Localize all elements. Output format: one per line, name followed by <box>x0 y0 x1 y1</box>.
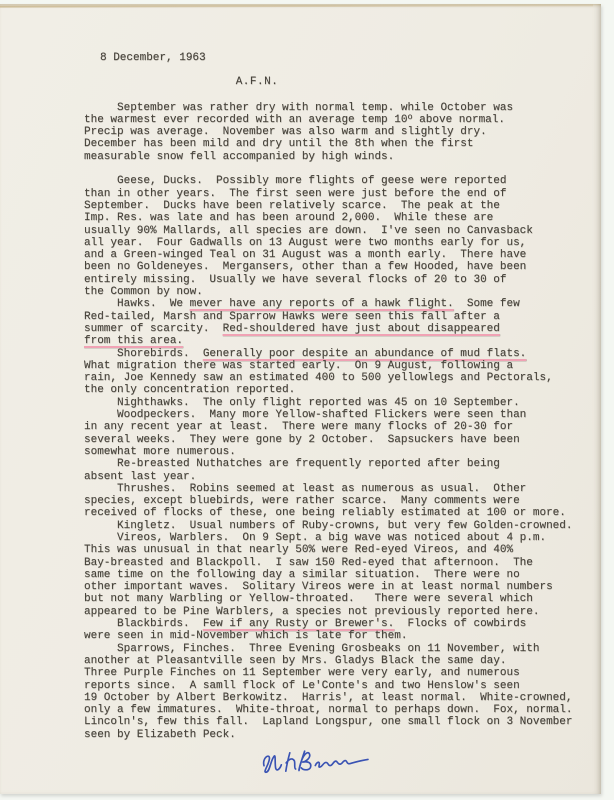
paragraph-blackbirds: Blackbirds. Few if any Rusty or Brewer's… <box>84 618 583 643</box>
pencil-underline: mever have any reports of a hawk flight. <box>190 298 454 310</box>
text-run: Vireos, Warblers. On 9 Sept. a big wave … <box>84 532 553 618</box>
pencil-underline: Few if any Rusty or Brewer's. <box>203 618 394 630</box>
paragraph-kinglets: Kingletz. Usual numbers of Ruby-crowns, … <box>84 520 583 532</box>
document-title: A.F.N. <box>84 76 430 88</box>
pencil-underline: Generally poor despite an abundance of m… <box>203 348 526 360</box>
signature-handwriting <box>253 739 379 787</box>
paragraph-vireos-warblers: Vireos, Warblers. On 9 Sept. a big wave … <box>84 532 583 618</box>
text-run: Thrushes. Robins seemed at least as nume… <box>84 483 566 520</box>
paragraphs: September was rather dry with normal tem… <box>84 102 583 741</box>
scanned-page-background: { "page": { "colors": { "paper": "#efece… <box>0 0 614 800</box>
text-run: Hawks. We <box>117 298 190 310</box>
paragraph-woodpeckers: Woodpeckers. Many more Yellow-shafted Fl… <box>84 409 583 458</box>
text-run: Re-breasted Nuthatches are frequently re… <box>84 458 500 482</box>
text-run: Shorebirds. <box>117 348 203 360</box>
typewritten-letter-page: 8 December, 1963 A.F.N. September was ra… <box>0 4 601 794</box>
text-run: Nighthawks. The only flight reported was… <box>117 397 520 409</box>
paragraph-weather: September was rather dry with normal tem… <box>84 102 583 163</box>
text-run: What migration there was started early. … <box>84 360 553 397</box>
document-date: 8 December, 1963 <box>100 52 583 64</box>
page-content: 8 December, 1963 A.F.N. September was ra… <box>84 52 583 784</box>
text-run: Woodpeckers. Many more Yellow-shafted Fl… <box>84 409 526 458</box>
signature-ink-stroke <box>253 739 379 787</box>
text-run: Sparrows, Finches. Three Evening Grosbea… <box>84 643 572 741</box>
paragraph-shorebirds: Shorebirds. Generally poor despite an ab… <box>84 348 583 397</box>
paragraph-thrushes: Thrushes. Robins seemed at least as nume… <box>84 483 583 520</box>
paragraph-nighthawks: Nighthawks. The only flight reported was… <box>84 397 583 409</box>
paragraph-sparrows-finches: Sparrows, Finches. Three Evening Grosbea… <box>84 643 583 741</box>
text-run: Geese, Ducks. Possibly more flights of g… <box>84 175 533 298</box>
paragraph-hawks: Hawks. We mever have any reports of a ha… <box>84 298 583 347</box>
paragraph-nuthatches: Re-breasted Nuthatches are frequently re… <box>84 458 583 483</box>
paragraph-geese-ducks: Geese, Ducks. Possibly more flights of g… <box>84 175 583 298</box>
text-run: Kingletz. Usual numbers of Ruby-crowns, … <box>117 520 572 532</box>
text-run: Blackbirds. <box>117 618 203 630</box>
